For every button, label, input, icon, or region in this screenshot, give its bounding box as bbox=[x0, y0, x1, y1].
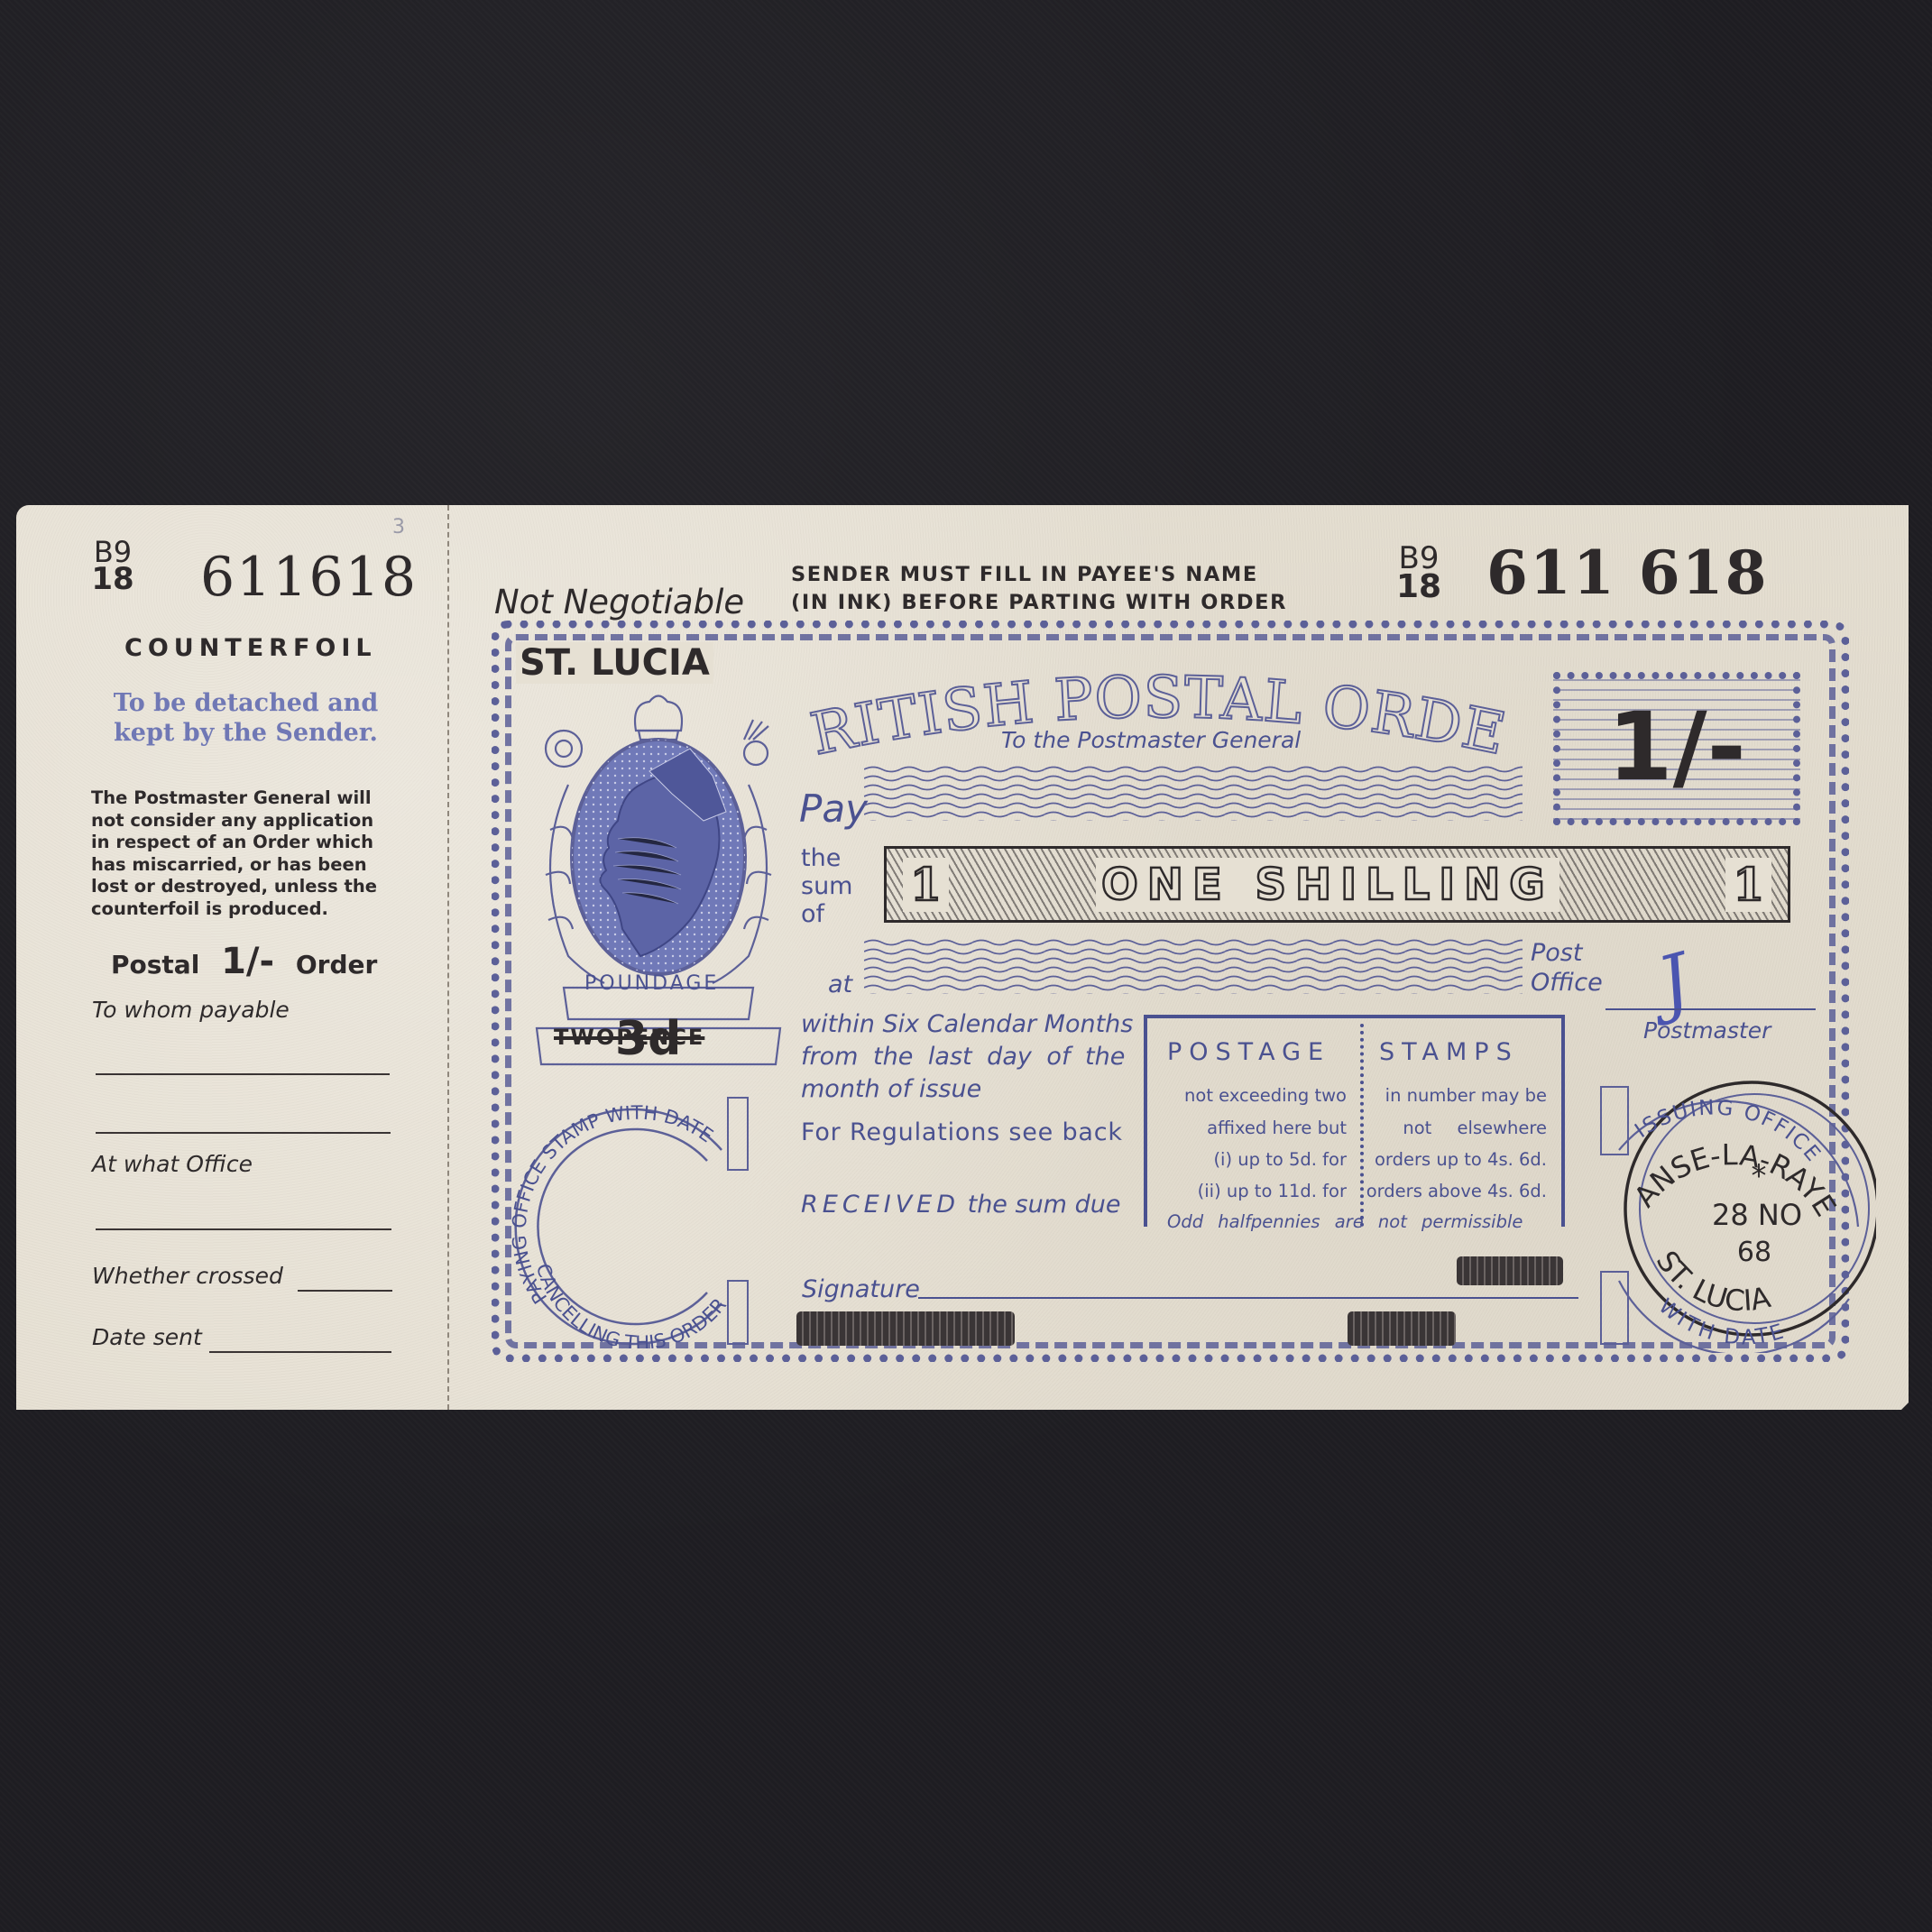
post-office-field[interactable] bbox=[864, 938, 1523, 994]
amount-words: ONE SHILLING bbox=[1096, 858, 1559, 912]
stamps-row-left: affixed here but bbox=[1207, 1118, 1347, 1138]
received-rest: the sum due bbox=[968, 1191, 1121, 1219]
postal-value: 1/- bbox=[221, 941, 274, 982]
paying-office-stamp-area: PAYING OFFICE STAMP WITH DATE CANCELLING… bbox=[498, 1078, 750, 1348]
payee-line-2[interactable] bbox=[96, 1132, 391, 1134]
postmark-date: 28 NO bbox=[1712, 1198, 1802, 1232]
postage-stamps-box: POSTAGE STAMPS not exceeding two in numb… bbox=[1144, 1015, 1565, 1227]
whether-crossed-line[interactable] bbox=[298, 1290, 392, 1292]
st-lucia-overprint: ST. LUCIA bbox=[516, 642, 713, 684]
poundage-label: POUNDAGE bbox=[584, 972, 719, 995]
signature-label: Signature bbox=[802, 1275, 920, 1303]
date-sent-label: Date sent bbox=[92, 1324, 202, 1350]
whether-crossed-field: Whether crossed bbox=[92, 1263, 283, 1289]
issuing-office-postmark: ISSUING OFFICE WITH DATE ANSE-LA-RAYE ST… bbox=[1596, 1064, 1876, 1353]
validity-text: within Six Calendar Months from the last… bbox=[801, 1008, 1133, 1106]
payee-field[interactable] bbox=[864, 765, 1523, 821]
pay-label: Pay bbox=[799, 787, 868, 831]
stamps-footer: Odd halfpennies are not permissible bbox=[1167, 1211, 1523, 1232]
postmark-year: 68 bbox=[1737, 1237, 1771, 1268]
wavy-guilloche-icon bbox=[864, 765, 1523, 821]
instruction-line: kept by the Sender. bbox=[90, 718, 401, 748]
counterfoil-title: COUNTERFOIL bbox=[124, 634, 377, 662]
notice-line: in respect of an Order which bbox=[91, 832, 400, 854]
postal-label: Postal bbox=[111, 950, 199, 980]
date-sent-field: Date sent bbox=[92, 1324, 202, 1350]
sender-notice: SENDER MUST FILL IN PAYEE'S NAME (IN INK… bbox=[791, 561, 1287, 617]
validity-line: from the last day of the bbox=[801, 1041, 1133, 1073]
notice-line: not consider any application bbox=[91, 810, 400, 833]
counterfoil-serial-number: 611618 bbox=[200, 548, 418, 606]
post-office-line: Post bbox=[1531, 938, 1603, 968]
order-label: Order bbox=[296, 950, 377, 980]
value-text: 1/- bbox=[1560, 697, 1793, 796]
payee-line-1[interactable] bbox=[96, 1073, 390, 1075]
value-box: 1/- bbox=[1553, 672, 1800, 825]
notice-line: lost or destroyed, unless the bbox=[91, 876, 400, 898]
not-negotiable-label: Not Negotiable bbox=[494, 583, 744, 621]
date-sent-line[interactable] bbox=[209, 1351, 391, 1353]
stamps-row-left: not exceeding two bbox=[1184, 1085, 1347, 1106]
paying-office-ring-icon: PAYING OFFICE STAMP WITH DATE CANCELLING… bbox=[498, 1078, 750, 1348]
stamps-title-left: POSTAGE bbox=[1167, 1038, 1330, 1066]
sum-label: the sum of bbox=[801, 844, 852, 928]
validity-line: month of issue bbox=[801, 1073, 1133, 1106]
sum-label-line: of bbox=[801, 900, 852, 928]
stamps-row-right: orders above 4s. 6d. bbox=[1366, 1181, 1547, 1201]
queen-portrait-vignette bbox=[532, 685, 785, 1064]
notice-line: counterfoil is produced. bbox=[91, 898, 400, 921]
post-office-line: Office bbox=[1531, 968, 1603, 998]
order-serial-number: 611 618 bbox=[1486, 541, 1769, 604]
counterfoil-postal-order-value: Postal 1/- Order bbox=[111, 941, 377, 982]
to-whom-payable-label: To whom payable bbox=[92, 997, 290, 1023]
wavy-guilloche-icon bbox=[864, 938, 1523, 994]
order-subtitle: To the Postmaster General bbox=[1001, 727, 1301, 753]
postmark-icon: ISSUING OFFICE WITH DATE ANSE-LA-RAYE ST… bbox=[1596, 1064, 1876, 1353]
paying-office-bottom-text: CANCELLING THIS ORDER bbox=[532, 1261, 731, 1348]
sender-notice-line: SENDER MUST FILL IN PAYEE'S NAME bbox=[791, 561, 1287, 589]
office-line[interactable] bbox=[96, 1228, 391, 1230]
security-bar bbox=[796, 1311, 1015, 1346]
counterfoil-instruction: To be detached and kept by the Sender. bbox=[90, 688, 401, 748]
queen-portrait-icon bbox=[532, 685, 785, 1064]
serial-prefix-bottom: 18 bbox=[1394, 573, 1443, 602]
serial-prefix-bottom: 18 bbox=[90, 566, 135, 593]
postmaster-label: Postmaster bbox=[1643, 1017, 1771, 1044]
stamps-row-right: in number may be bbox=[1385, 1085, 1547, 1106]
stamps-divider bbox=[1360, 1024, 1364, 1227]
security-bar bbox=[1348, 1311, 1456, 1346]
stamps-title-right: STAMPS bbox=[1379, 1038, 1519, 1066]
received-label: RECEIVED bbox=[801, 1191, 960, 1219]
sum-label-line: sum bbox=[801, 872, 852, 900]
svg-text:CANCELLING THIS ORDER: CANCELLING THIS ORDER bbox=[532, 1261, 731, 1348]
counterfoil-serial-prefix: B9 18 bbox=[90, 539, 135, 593]
validity-line: within Six Calendar Months bbox=[801, 1008, 1133, 1041]
notice-line: The Postmaster General will bbox=[91, 787, 400, 810]
security-bar bbox=[1457, 1256, 1563, 1285]
poundage-surcharge: 3d bbox=[615, 1014, 681, 1064]
sum-label-line: the bbox=[801, 844, 852, 872]
stamps-row-right: orders up to 4s. 6d. bbox=[1375, 1149, 1547, 1170]
counterfoil-notice: The Postmaster General will not consider… bbox=[91, 787, 400, 920]
post-office-label: Post Office bbox=[1531, 938, 1603, 998]
signature-line[interactable] bbox=[918, 1297, 1578, 1299]
at-label: at bbox=[828, 971, 852, 998]
order-serial-prefix: B9 18 bbox=[1394, 545, 1443, 602]
stamps-row-left: (ii) up to 11d. for bbox=[1198, 1181, 1347, 1201]
amount-digit-left: 1 bbox=[903, 858, 949, 912]
stamps-row-left: (i) up to 5d. for bbox=[1213, 1149, 1347, 1170]
amount-digit-right: 1 bbox=[1725, 858, 1771, 912]
amount-box: 1 ONE SHILLING 1 bbox=[884, 846, 1790, 923]
pencil-mark: 3 bbox=[392, 516, 405, 538]
postmark-star: * bbox=[1752, 1158, 1767, 1194]
perforation-line bbox=[447, 505, 449, 1410]
postmaster-line[interactable] bbox=[1605, 1008, 1816, 1010]
at-what-office-label: At what Office bbox=[92, 1151, 253, 1177]
notice-line: has miscarried, or has been bbox=[91, 854, 400, 877]
received-text: RECEIVED the sum due bbox=[801, 1191, 1120, 1219]
regulations-note: For Regulations see back bbox=[801, 1118, 1123, 1146]
sender-notice-line: (IN INK) BEFORE PARTING WITH ORDER bbox=[791, 589, 1287, 617]
whether-crossed-label: Whether crossed bbox=[92, 1263, 283, 1289]
stamps-row-right: not elsewhere bbox=[1403, 1118, 1547, 1138]
instruction-line: To be detached and bbox=[90, 688, 401, 718]
